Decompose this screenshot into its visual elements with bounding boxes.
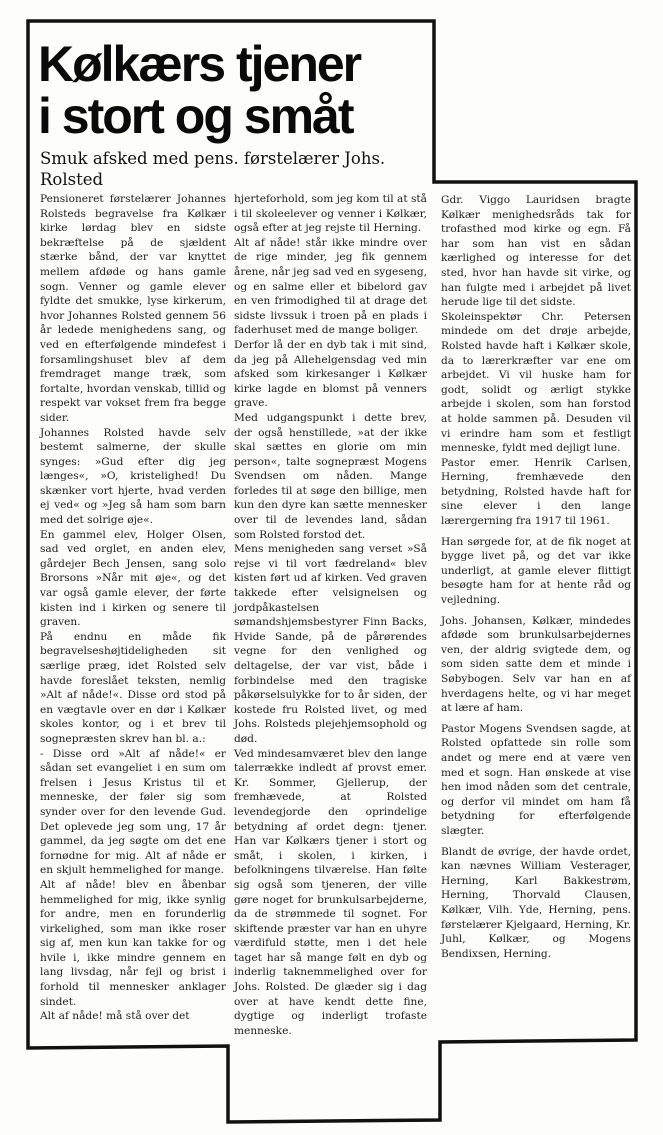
paragraph: Pastor Mogens Svendsen sagde, at Rolsted… [441, 722, 631, 839]
paragraph: Skoleinspektør Chr. Petersen mindede om … [441, 310, 631, 456]
article-column-1: Pensioneret førstelærer Johannes Rolsted… [40, 192, 226, 1024]
paragraph: En gammel elev, Holger Olsen, sad ved or… [40, 528, 226, 630]
paragraph: Gdr. Viggo Lauridsen bragte Kølkær menig… [441, 193, 631, 310]
paragraph: Pastor emer. Henrik Carlsen, Herning, fr… [441, 456, 631, 529]
paragraph: Derfor lå der en dyb tak i mit sind, da … [234, 338, 427, 411]
paragraph: Med udgangspunkt i dette brev, der også … [234, 411, 427, 542]
paragraph: Alt af nåde! står ikke mindre over de ri… [234, 236, 427, 338]
article-column-3: Gdr. Viggo Lauridsen bragte Kølkær menig… [441, 193, 631, 961]
paragraph: hjerteforhold, som jeg kom til at stå i … [234, 192, 427, 236]
paragraph: Pensioneret førstelærer Johannes Rolsted… [40, 192, 226, 426]
paragraph: Johs. Johansen, Kølkær, mindedes afdøde … [441, 614, 631, 716]
paragraph: - Disse ord »Alt af nåde!« er sådan set … [40, 747, 226, 878]
headline-line-1: Kølkærs tjener [38, 38, 438, 90]
paragraph: Johannes Rolsted havde selv bestemt salm… [40, 426, 226, 528]
paragraph: Alt af nåde! blev en åbenbar hemmelighed… [40, 878, 226, 1009]
headline-line-2: i stort og småt [38, 90, 438, 142]
paragraph: Ved mindesamværet blev den lange talerræ… [234, 747, 427, 1039]
paragraph: Blandt de øvrige, der havde ordet, kan n… [441, 845, 631, 962]
article-column-2: hjerteforhold, som jeg kom til at stå i … [234, 192, 427, 1038]
paragraph: Mens menigheden sang verset »Så rejse vi… [234, 542, 427, 746]
paragraph: Alt af nåde! må stå over det [40, 1009, 226, 1024]
headline: Kølkærs tjener i stort og småt [38, 38, 438, 142]
paragraph: På endnu en måde fik begravelseshøjtidel… [40, 630, 226, 747]
paragraph: Han sørgede for, at de fik noget at bygg… [441, 535, 631, 608]
subheadline: Smuk afsked med pens. førstelærer Johs. … [40, 148, 440, 190]
